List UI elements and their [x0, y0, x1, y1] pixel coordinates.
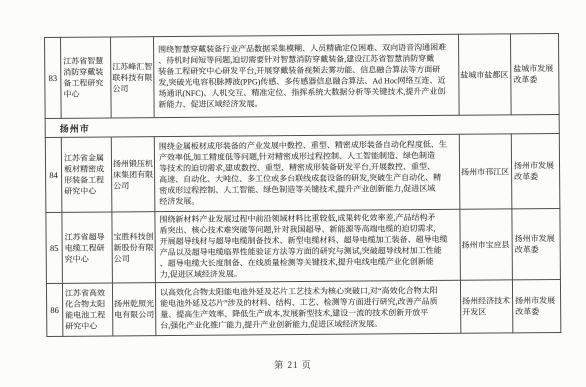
research-center-table: 83 江苏省智慧消防穿戴装备工程研究中心 江苏峰汇智联科技有限公司 围绕智慧穿戴…: [44, 33, 561, 337]
table-row: 84 江苏省金属板材精密成形装备工程研究中心 扬州锻压机床集团有限公司 围绕金属…: [45, 133, 560, 212]
center-name: 江苏省金属板材精密成形装备工程研究中心: [61, 137, 112, 212]
company-name: 扬州乾照光电有限公司: [112, 283, 155, 336]
project-description: 围绕金属板材成形装备的产业发展中数控、重型、精密成形装备自动化程度低、生 产效率…: [154, 134, 460, 211]
row-number: 85: [46, 212, 63, 283]
location: 扬州市宝应县: [460, 209, 513, 280]
approving-department: 扬州市发展 改革委: [512, 279, 560, 332]
company-name: 宝胜科技创新股份有限公司: [112, 212, 156, 283]
page-number: 第 21 页: [0, 358, 586, 371]
row-number: 83: [45, 37, 62, 118]
center-name: 江苏省超导电缆工程研究中心: [62, 212, 113, 283]
approving-department: 盐城市发展 改革委: [510, 33, 559, 114]
table-row: 83 江苏省智慧消防穿戴装备工程研究中心 江苏峰汇智联科技有限公司 围绕智慧穿戴…: [45, 33, 560, 118]
location: 扬州经济技术 开发区: [460, 280, 512, 333]
project-description: 围绕智慧穿戴装备行业产品数据采集模糊、人员精确定位困难、双向语音沟通困难 、待机…: [154, 34, 460, 117]
approving-department: 扬州市发展 改革委: [511, 133, 560, 208]
approving-department: 扬州市发展 改革委: [512, 208, 561, 279]
project-description: 围绕新材料产业发展过程中前沿领域材料比重较低,成果转化效率差,产品结构矛 盾突出…: [155, 209, 461, 282]
scanned-document-page: 83 江苏省智慧消防穿戴装备工程研究中心 江苏峰汇智联科技有限公司 围绕智慧穿戴…: [44, 33, 561, 337]
company-name: 江苏峰汇智联科技有限公司: [111, 37, 155, 118]
location: 盐城市盐都区: [458, 34, 511, 115]
project-description: 以高效化合物太阳能电池外延及芯片工艺技术为核心突破口,对“高效化合物太阳 能电池…: [155, 280, 460, 335]
row-number: 84: [45, 137, 62, 212]
center-name: 江苏省高效化合物太阳能电池工程研究中心: [62, 283, 112, 336]
row-number: 86: [46, 283, 62, 336]
company-name: 扬州锻压机床集团有限公司: [111, 137, 155, 212]
table-row: 85 江苏省超导电缆工程研究中心 宝胜科技创新股份有限公司 围绕新材料产业发展过…: [46, 208, 561, 283]
table-row: 86 江苏省高效化合物太阳能电池工程研究中心 扬州乾照光电有限公司 以高效化合物…: [46, 279, 560, 336]
center-name: 江苏省智慧消防穿戴装备工程研究中心: [61, 37, 112, 118]
location: 扬州市邗江区: [459, 134, 512, 209]
